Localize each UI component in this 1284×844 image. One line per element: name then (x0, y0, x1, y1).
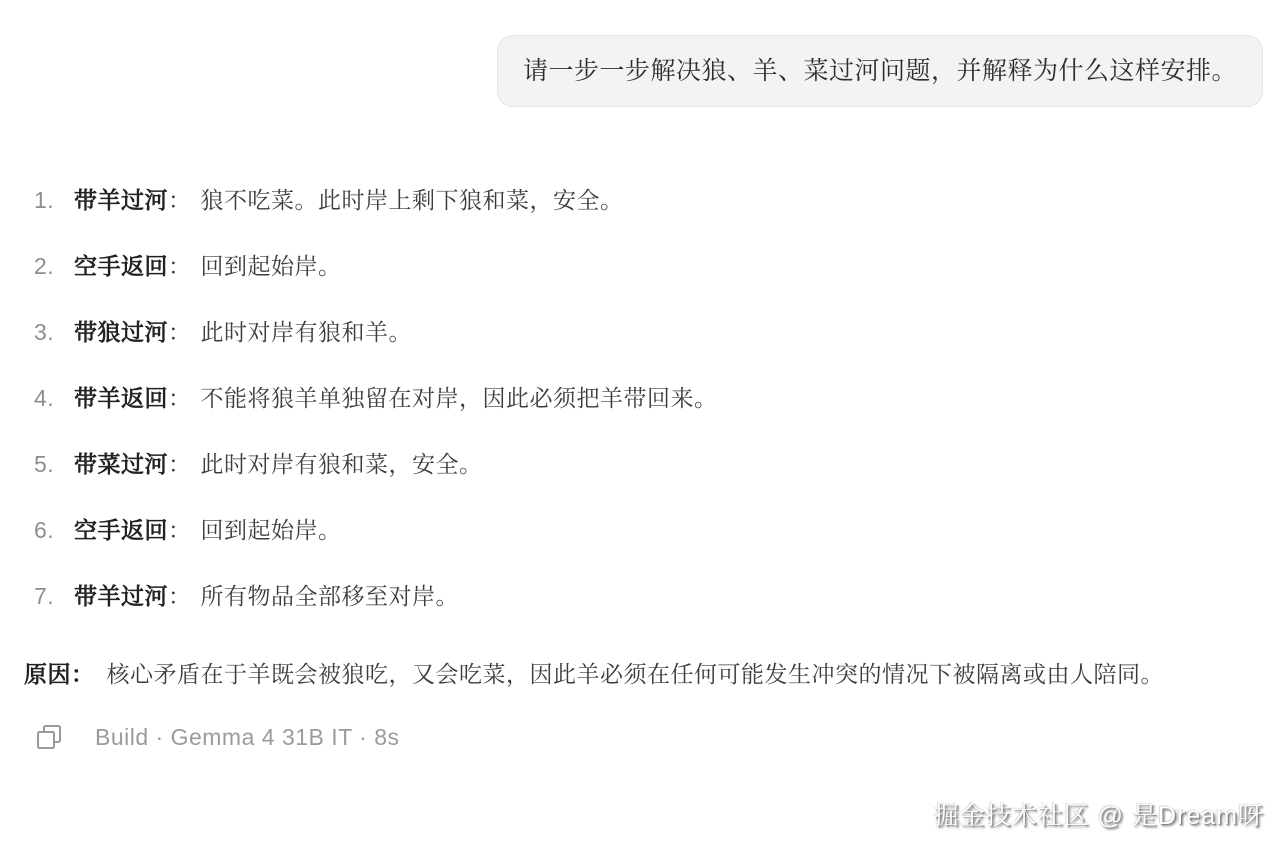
step-desc: 此时对岸有狼和菜，安全。 (201, 451, 483, 477)
list-item: 7. 带羊过河：所有物品全部移至对岸。 (0, 583, 1284, 609)
step-term: 带菜过河 (74, 451, 168, 477)
step-number: 1. (34, 187, 74, 213)
step-term: 带狼过河 (74, 319, 168, 345)
step-number: 2. (34, 253, 74, 279)
step-text: 带羊过河：所有物品全部移至对岸。 (74, 583, 459, 609)
step-term: 带羊过河 (74, 187, 168, 213)
watermark: 掘金技术社区 @ 是Dream呀 (934, 796, 1264, 832)
step-number: 4. (34, 385, 74, 411)
step-colon: ： (168, 319, 192, 345)
list-item: 3. 带狼过河：此时对岸有狼和羊。 (0, 319, 1284, 345)
step-term: 空手返回 (74, 253, 168, 279)
step-desc: 回到起始岸。 (201, 517, 342, 543)
step-term: 带羊返回 (74, 385, 168, 411)
message-footer: Build · Gemma 4 31B IT · 8s (0, 721, 1284, 753)
model-meta-text: Build · Gemma 4 31B IT · 8s (95, 724, 400, 751)
reason-text: 核心矛盾在于羊既会被狼吃，又会吃菜，因此羊必须在任何可能发生冲突的情况下被隔离或… (107, 661, 1165, 687)
step-text: 带羊返回：不能将狼羊单独留在对岸，因此必须把羊带回来。 (74, 385, 718, 411)
reason-label: 原因： (24, 661, 95, 687)
list-item: 5. 带菜过河：此时对岸有狼和菜，安全。 (0, 451, 1284, 477)
list-item: 2. 空手返回：回到起始岸。 (0, 253, 1284, 279)
step-text: 空手返回：回到起始岸。 (74, 517, 342, 543)
step-number: 6. (34, 517, 74, 543)
step-text: 空手返回：回到起始岸。 (74, 253, 342, 279)
step-number: 5. (34, 451, 74, 477)
chat-page: 请一步一步解决狼、羊、菜过河问题，并解释为什么这样安排。 1. 带羊过河：狼不吃… (0, 0, 1284, 844)
step-text: 带狼过河：此时对岸有狼和羊。 (74, 319, 412, 345)
step-number: 3. (34, 319, 74, 345)
copy-icon[interactable] (33, 721, 65, 753)
reason-paragraph: 原因：核心矛盾在于羊既会被狼吃，又会吃菜，因此羊必须在任何可能发生冲突的情况下被… (0, 649, 1284, 699)
user-message-text: 请一步一步解决狼、羊、菜过河问题，并解释为什么这样安排。 (523, 57, 1237, 85)
step-colon: ： (168, 187, 192, 213)
assistant-steps-list: 1. 带羊过河：狼不吃菜。此时岸上剩下狼和菜，安全。 2. 空手返回：回到起始岸… (0, 187, 1284, 609)
step-desc: 狼不吃菜。此时岸上剩下狼和菜，安全。 (201, 187, 624, 213)
step-colon: ： (168, 583, 192, 609)
step-term: 带羊过河 (74, 583, 168, 609)
list-item: 4. 带羊返回：不能将狼羊单独留在对岸，因此必须把羊带回来。 (0, 385, 1284, 411)
step-text: 带羊过河：狼不吃菜。此时岸上剩下狼和菜，安全。 (74, 187, 624, 213)
step-text: 带菜过河：此时对岸有狼和菜，安全。 (74, 451, 483, 477)
step-colon: ： (168, 385, 192, 411)
step-number: 7. (34, 583, 74, 609)
step-desc: 不能将狼羊单独留在对岸，因此必须把羊带回来。 (201, 385, 718, 411)
user-message-row: 请一步一步解决狼、羊、菜过河问题，并解释为什么这样安排。 (0, 0, 1284, 107)
list-item: 6. 空手返回：回到起始岸。 (0, 517, 1284, 543)
step-term: 空手返回 (74, 517, 168, 543)
step-desc: 所有物品全部移至对岸。 (201, 583, 460, 609)
step-colon: ： (168, 451, 192, 477)
step-desc: 回到起始岸。 (201, 253, 342, 279)
list-item: 1. 带羊过河：狼不吃菜。此时岸上剩下狼和菜，安全。 (0, 187, 1284, 213)
step-colon: ： (168, 517, 192, 543)
step-desc: 此时对岸有狼和羊。 (201, 319, 413, 345)
user-message-bubble: 请一步一步解决狼、羊、菜过河问题，并解释为什么这样安排。 (497, 35, 1263, 107)
step-colon: ： (168, 253, 192, 279)
